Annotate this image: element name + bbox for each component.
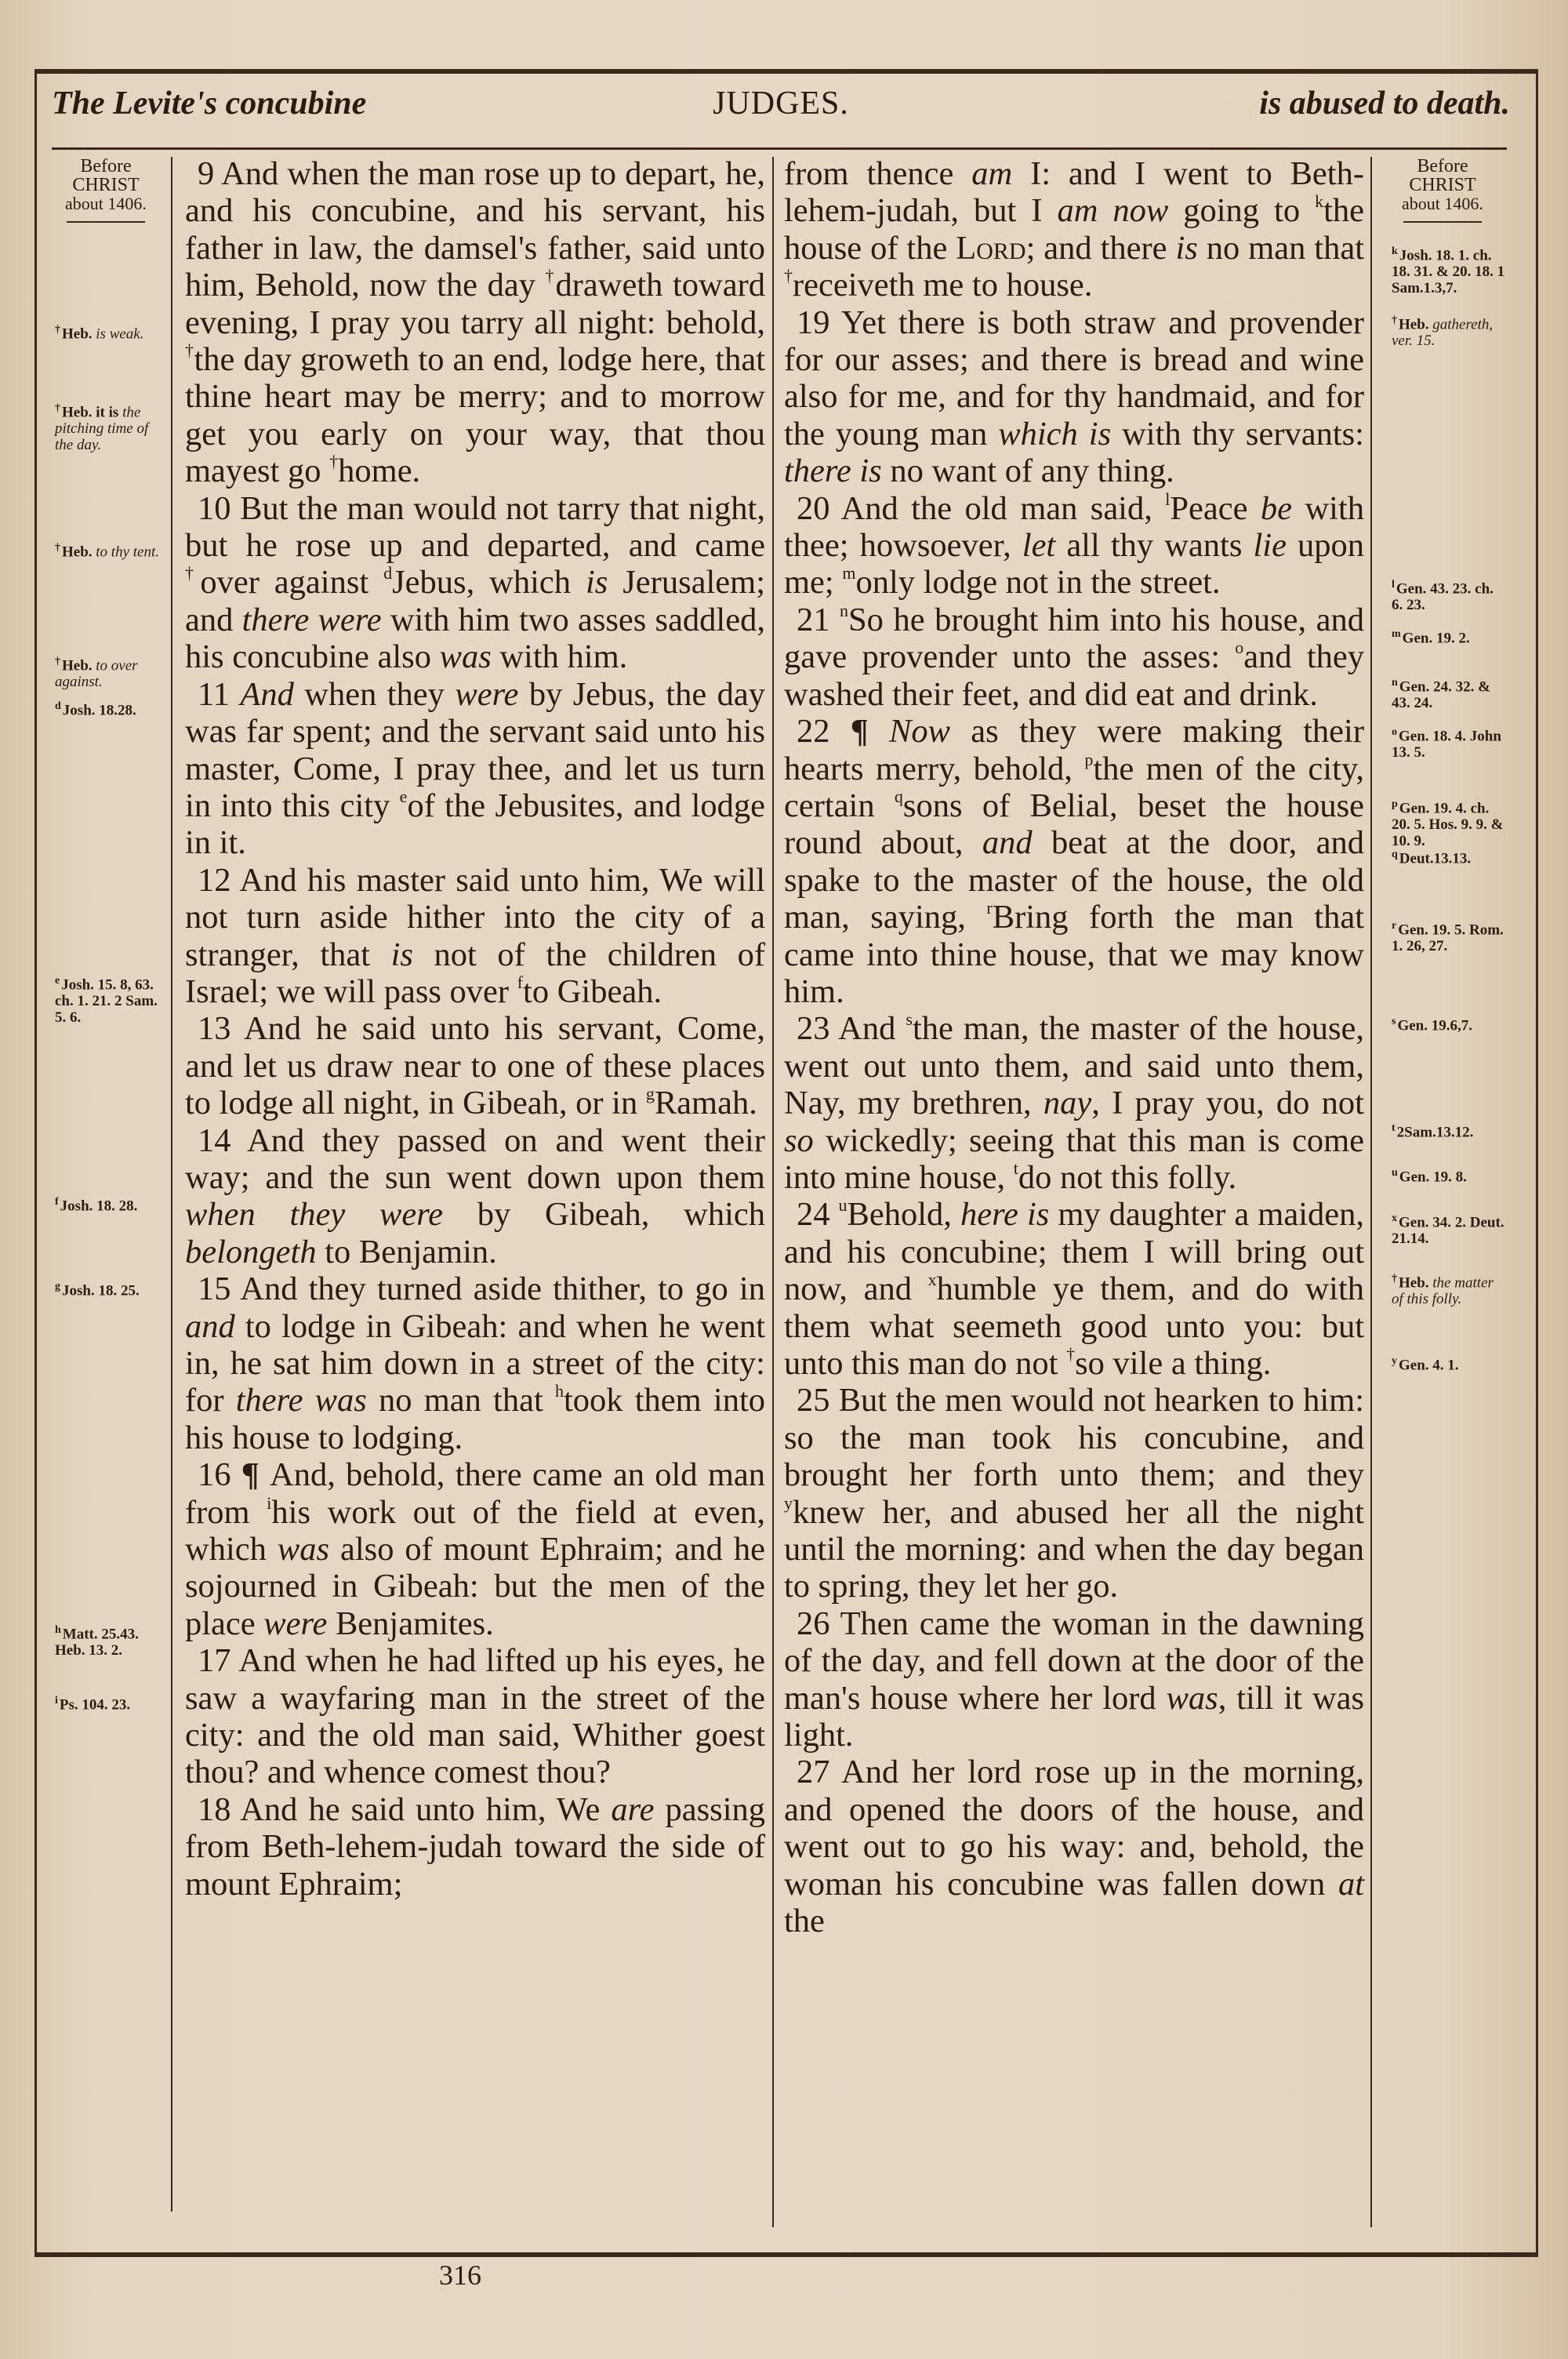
verse: 12 And his master said unto him, We will… bbox=[185, 862, 765, 1011]
margin-note: qDeut.13.13. bbox=[1392, 846, 1505, 867]
verse-number: 27 bbox=[784, 1754, 841, 1790]
note-reference: Gen. 4. 1. bbox=[1399, 1357, 1459, 1373]
supplied-word: was bbox=[1167, 1680, 1218, 1717]
note-gloss: to thy tent. bbox=[96, 543, 159, 560]
note-reference: 2Sam.13.12. bbox=[1397, 1124, 1474, 1140]
reference-marker: f bbox=[517, 972, 523, 992]
margin-note: eJosh. 15. 8, 63. ch. 1. 21. 2 Sam. 5. 6… bbox=[55, 972, 169, 1026]
note-marker: s bbox=[1392, 1016, 1396, 1027]
running-head: The Levite's concubine JUDGES. is abused… bbox=[52, 85, 1510, 132]
text-column-left: 9 And when the man rose up to depart, he… bbox=[185, 155, 765, 1903]
verse: 17 And when he had lifted up his eyes, h… bbox=[185, 1642, 765, 1791]
margin-note: †Heb. is weak. bbox=[55, 322, 169, 342]
verse-number: 13 bbox=[185, 1010, 244, 1047]
supplied-word: And bbox=[240, 676, 293, 713]
supplied-word: here is bbox=[960, 1196, 1049, 1233]
left-margin: Before CHRIST about 1406. †Heb. is weak.… bbox=[47, 157, 165, 223]
note-marker: x bbox=[1392, 1212, 1397, 1224]
reference-marker: † bbox=[329, 452, 338, 471]
margin-note: †Heb. it is the pitching time of the day… bbox=[55, 400, 169, 453]
margin-note: dJosh. 18.28. bbox=[55, 698, 169, 718]
supplied-word: there is bbox=[784, 453, 882, 489]
reference-marker: g bbox=[646, 1084, 655, 1103]
margin-note: kJosh. 18. 1. ch. 18. 31. & 20. 18. 1 Sa… bbox=[1392, 243, 1505, 296]
note-marker: † bbox=[55, 402, 60, 414]
note-reference: Gen. 19. 4. ch. 20. 5. Hos. 9. 9. & 10. … bbox=[1392, 800, 1504, 849]
note-reference: Gen. 34. 2. Deut. 21.14. bbox=[1392, 1214, 1504, 1247]
supplied-word: lie bbox=[1253, 527, 1286, 564]
era-line-3: about 1406. bbox=[47, 194, 165, 213]
margin-note: nGen. 24. 32. & 43. 24. bbox=[1392, 674, 1505, 711]
reference-marker: h bbox=[555, 1381, 564, 1401]
verse-number: 16 bbox=[185, 1456, 241, 1493]
verse-number: 17 bbox=[185, 1642, 238, 1679]
era-line-2: CHRIST bbox=[47, 176, 165, 194]
reference-marker: i bbox=[267, 1493, 271, 1513]
margin-note: †Heb. to thy tent. bbox=[55, 540, 169, 560]
supplied-word: is bbox=[586, 564, 608, 601]
note-reference: Heb. bbox=[62, 543, 96, 560]
note-reference: Josh. 18. 28. bbox=[60, 1198, 138, 1214]
verse-number: 12 bbox=[185, 862, 239, 899]
supplied-word: be bbox=[1261, 490, 1292, 527]
note-reference: Gen. 24. 32. & 43. 24. bbox=[1392, 678, 1490, 711]
supplied-word: belongeth bbox=[185, 1234, 317, 1270]
verse-number: 25 bbox=[784, 1382, 839, 1419]
era-line-3: about 1406. bbox=[1384, 194, 1501, 213]
running-head-right: is abused to death. bbox=[1259, 85, 1510, 122]
reference-marker: k bbox=[1315, 191, 1323, 211]
verse-number: 11 bbox=[185, 676, 240, 713]
divine-name: Lord bbox=[956, 230, 1025, 267]
note-marker: p bbox=[1392, 798, 1398, 810]
margin-note: rGen. 19. 5. Rom. 1. 26, 27. bbox=[1392, 918, 1505, 954]
note-reference: Gen. 18. 4. John 13. 5. bbox=[1392, 728, 1501, 761]
note-marker: i bbox=[55, 1695, 58, 1707]
verse: 19 Yet there is both straw and provender… bbox=[784, 304, 1364, 490]
era-label-right: Before CHRIST about 1406. bbox=[1384, 157, 1501, 223]
era-line-1: Before bbox=[1384, 157, 1501, 176]
verse-number: 14 bbox=[185, 1122, 247, 1159]
supplied-word: was bbox=[440, 638, 492, 675]
right-margin: Before CHRIST about 1406. kJosh. 18. 1. … bbox=[1384, 157, 1501, 223]
margin-note: †Heb. to over against. bbox=[55, 653, 169, 690]
verse: 20 And the old man said, lPeace be with … bbox=[784, 490, 1364, 602]
note-reference: Heb. bbox=[62, 325, 96, 342]
era-line-2: CHRIST bbox=[1384, 176, 1501, 194]
verse: 25 But the men would not hearken to him:… bbox=[784, 1382, 1364, 1605]
verse: from thence am I: and I went to Beth-leh… bbox=[784, 155, 1364, 304]
note-reference: Josh. 18.28. bbox=[63, 702, 136, 718]
note-marker: t bbox=[1392, 1122, 1396, 1134]
note-reference: Matt. 25.43. Heb. 13. 2. bbox=[55, 1626, 139, 1659]
page-number: 316 bbox=[439, 2259, 481, 2292]
supplied-word: Now bbox=[889, 713, 950, 750]
reference-marker: s bbox=[906, 1009, 913, 1029]
margin-note: sGen. 19.6,7. bbox=[1392, 1013, 1505, 1034]
left-margin-rule bbox=[171, 157, 172, 2212]
margin-note: hMatt. 25.43. Heb. 13. 2. bbox=[55, 1622, 169, 1659]
margin-note: xGen. 34. 2. Deut. 21.14. bbox=[1392, 1210, 1505, 1247]
note-marker: † bbox=[55, 542, 60, 554]
verse: 13 And he said unto his servant, Come, a… bbox=[185, 1010, 765, 1121]
reference-marker: t bbox=[1014, 1158, 1018, 1178]
pilcrow-mark: ¶ bbox=[851, 713, 889, 750]
note-reference: Gen. 19. 5. Rom. 1. 26, 27. bbox=[1392, 921, 1504, 954]
note-reference: Josh. 18. 25. bbox=[62, 1282, 140, 1299]
margin-note: gJosh. 18. 25. bbox=[55, 1278, 169, 1299]
supplied-word: and bbox=[185, 1308, 235, 1345]
reference-marker: † bbox=[546, 266, 556, 285]
reference-marker: † bbox=[185, 563, 200, 583]
reference-marker: † bbox=[784, 266, 793, 285]
verse: 27 And her lord rose up in the morning, … bbox=[784, 1754, 1364, 1939]
note-marker: u bbox=[1392, 1167, 1398, 1179]
supplied-word: so bbox=[784, 1122, 814, 1159]
era-label: Before CHRIST about 1406. bbox=[47, 157, 165, 223]
supplied-word: and bbox=[982, 824, 1033, 861]
era-rule bbox=[1403, 221, 1482, 223]
verse-number: 19 bbox=[784, 304, 841, 341]
right-margin-rule bbox=[1370, 157, 1372, 2227]
verse-number: 26 bbox=[784, 1605, 840, 1642]
margin-note: mGen. 19. 2. bbox=[1392, 626, 1505, 646]
reference-marker: † bbox=[1066, 1344, 1075, 1364]
note-marker: m bbox=[1392, 628, 1401, 640]
pilcrow-mark: ¶ bbox=[241, 1456, 270, 1493]
verse: 26 Then came the woman in the dawning of… bbox=[784, 1605, 1364, 1754]
supplied-word: were bbox=[263, 1605, 327, 1642]
note-marker: y bbox=[1392, 1355, 1397, 1367]
supplied-word: were bbox=[455, 676, 518, 713]
note-gloss: is weak. bbox=[96, 325, 143, 342]
note-reference: Ps. 104. 23. bbox=[60, 1696, 130, 1713]
verse: 16 ¶ And, behold, there came an old man … bbox=[185, 1456, 765, 1642]
supplied-word: there were bbox=[242, 602, 382, 638]
verse: 11 And when they were by Jebus, the day … bbox=[185, 676, 765, 862]
margin-note: †Heb. the matter of this folly. bbox=[1392, 1270, 1505, 1307]
note-marker: † bbox=[1392, 1273, 1397, 1285]
note-reference: Heb. bbox=[1399, 316, 1432, 333]
note-marker: † bbox=[55, 656, 60, 667]
note-marker: r bbox=[1392, 920, 1396, 932]
verse-number: 23 bbox=[784, 1010, 838, 1047]
era-rule bbox=[67, 221, 145, 223]
supplied-word: there was bbox=[236, 1382, 367, 1419]
supplied-word: which is bbox=[998, 416, 1111, 453]
reference-marker: l bbox=[1165, 489, 1170, 509]
margin-note: pGen. 19. 4. ch. 20. 5. Hos. 9. 9. & 10.… bbox=[1392, 796, 1505, 849]
note-reference: Josh. 18. 1. ch. 18. 31. & 20. 18. 1 Sam… bbox=[1392, 247, 1504, 296]
verse-number: 21 bbox=[784, 602, 840, 638]
supplied-word: am bbox=[971, 155, 1012, 192]
reference-marker: † bbox=[185, 340, 194, 360]
verse: 10 But the man would not tarry that nigh… bbox=[185, 490, 765, 676]
verse: 22 ¶ Now as they were making their heart… bbox=[784, 713, 1364, 1010]
verse-number: 18 bbox=[185, 1791, 240, 1828]
verse-number: 24 bbox=[784, 1196, 839, 1233]
reference-marker: p bbox=[1084, 750, 1093, 769]
verse: 21 nSo he brought him into his house, an… bbox=[784, 602, 1364, 713]
note-marker: g bbox=[55, 1281, 60, 1292]
verse: 24 uBehold, here is my daughter a maiden… bbox=[784, 1196, 1364, 1382]
reference-marker: q bbox=[895, 787, 903, 806]
note-reference: Gen. 19. 2. bbox=[1403, 630, 1470, 646]
verse: 14 And they passed on and went their way… bbox=[185, 1122, 765, 1271]
supplied-word: is bbox=[1175, 230, 1197, 267]
note-marker: † bbox=[55, 324, 60, 336]
supplied-word: nay bbox=[1044, 1085, 1091, 1121]
note-marker: e bbox=[55, 975, 60, 987]
supplied-word: when they were bbox=[185, 1196, 443, 1233]
supplied-word: was bbox=[278, 1531, 329, 1568]
reference-marker: n bbox=[840, 601, 848, 620]
note-marker: q bbox=[1392, 849, 1398, 860]
note-reference: Gen. 19.6,7. bbox=[1397, 1017, 1472, 1034]
note-marker: f bbox=[55, 1196, 59, 1208]
verse-number: 9 bbox=[185, 155, 221, 192]
verse-number: 10 bbox=[185, 490, 240, 527]
verse-number: 15 bbox=[185, 1270, 240, 1307]
reference-marker: x bbox=[928, 1270, 937, 1289]
supplied-word: am now bbox=[1057, 192, 1168, 229]
note-marker: o bbox=[1392, 726, 1397, 738]
note-marker: d bbox=[55, 700, 61, 712]
margin-note: uGen. 19. 8. bbox=[1392, 1165, 1505, 1185]
margin-note: †Heb. gathereth, ver. 15. bbox=[1392, 312, 1505, 349]
margin-note: iPs. 104. 23. bbox=[55, 1692, 169, 1713]
era-line-1: Before bbox=[47, 157, 165, 176]
note-marker: h bbox=[55, 1624, 61, 1636]
verse: 9 And when the man rose up to depart, he… bbox=[185, 155, 765, 490]
supplied-word: at bbox=[1338, 1866, 1364, 1903]
reference-marker: e bbox=[400, 787, 408, 806]
reference-marker: d bbox=[383, 563, 392, 583]
header-rule bbox=[52, 147, 1507, 150]
reference-marker: o bbox=[1235, 638, 1243, 657]
verse: 23 And sthe man, the master of the house… bbox=[784, 1010, 1364, 1196]
note-reference: Gen. 19. 8. bbox=[1399, 1169, 1467, 1185]
reference-marker: m bbox=[842, 563, 855, 583]
margin-note: oGen. 18. 4. John 13. 5. bbox=[1392, 724, 1505, 761]
verse-number: 20 bbox=[784, 490, 841, 527]
note-reference: Gen. 43. 23. ch. 6. 23. bbox=[1392, 580, 1494, 613]
verse: 18 And he said unto him, We are passing … bbox=[185, 1791, 765, 1903]
bible-page: The Levite's concubine JUDGES. is abused… bbox=[0, 0, 1568, 2359]
supplied-word: is bbox=[391, 936, 413, 973]
margin-note: fJosh. 18. 28. bbox=[55, 1194, 169, 1214]
reference-marker: u bbox=[839, 1195, 848, 1215]
margin-note: yGen. 4. 1. bbox=[1392, 1353, 1505, 1373]
reference-marker: r bbox=[986, 898, 992, 918]
note-reference: Josh. 15. 8, 63. ch. 1. 21. 2 Sam. 5. 6. bbox=[55, 976, 158, 1026]
margin-note: lGen. 43. 23. ch. 6. 23. bbox=[1392, 576, 1505, 613]
note-marker: k bbox=[1392, 245, 1398, 257]
reference-marker: y bbox=[784, 1493, 793, 1513]
supplied-word: let bbox=[1022, 527, 1055, 564]
verse-number: 22 bbox=[784, 713, 851, 750]
text-column-right: from thence am I: and I went to Beth-leh… bbox=[784, 155, 1364, 1940]
note-marker: † bbox=[1392, 314, 1397, 326]
verse: 15 And they turned aside thither, to go … bbox=[185, 1270, 765, 1456]
column-divider bbox=[772, 157, 774, 2227]
note-marker: n bbox=[1392, 677, 1398, 689]
note-reference: Heb. it is bbox=[62, 404, 122, 420]
note-marker: l bbox=[1392, 579, 1395, 591]
supplied-word: are bbox=[611, 1791, 654, 1828]
note-reference: Heb. bbox=[62, 657, 96, 674]
note-reference: Deut.13.13. bbox=[1399, 850, 1471, 867]
note-reference: Heb. bbox=[1399, 1274, 1432, 1291]
margin-note: t2Sam.13.12. bbox=[1392, 1120, 1505, 1140]
